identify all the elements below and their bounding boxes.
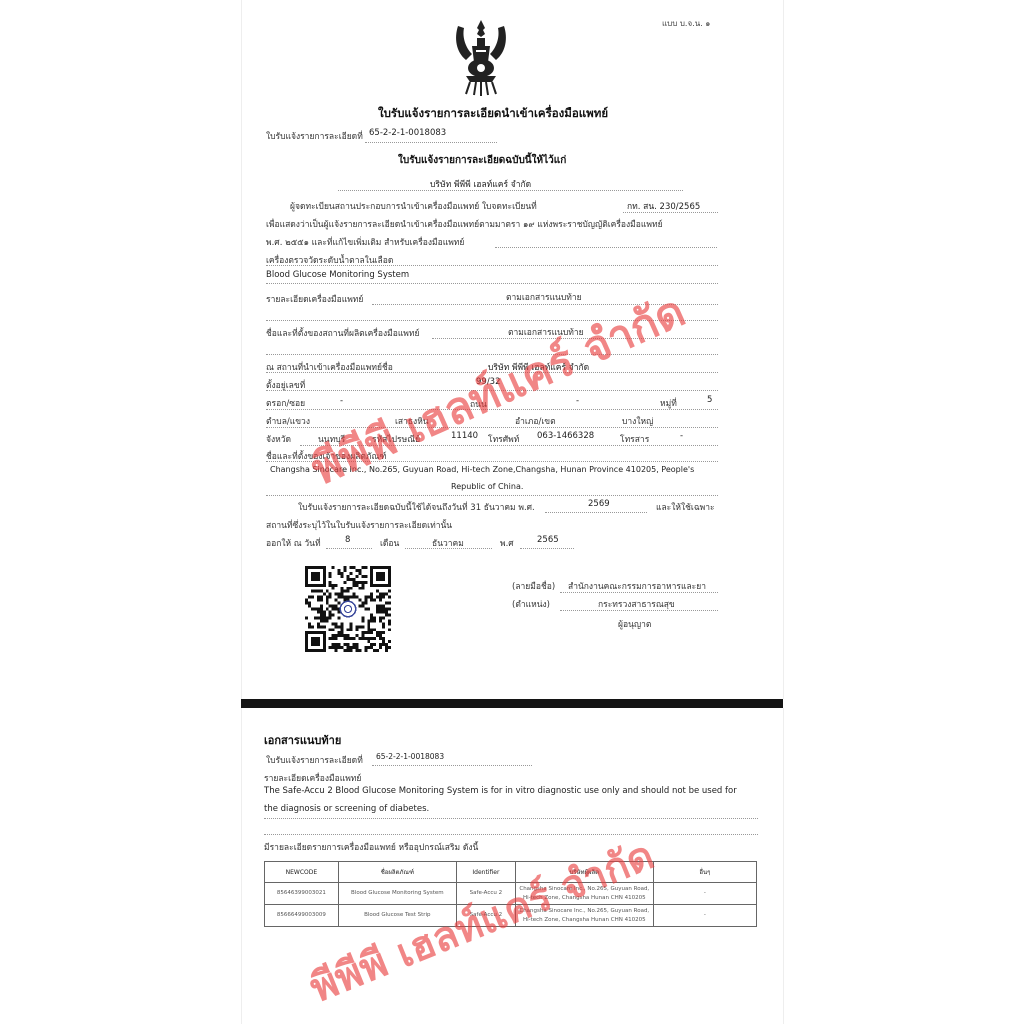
- cell-identifier: Safe-Accu 2: [456, 905, 515, 927]
- receipt-no: 65-2-2-1-0018083: [369, 128, 446, 138]
- divider: [266, 495, 718, 496]
- form-code: แบบ บ.จ.น. ๑: [662, 17, 710, 30]
- signature-label: (ลายมือชื่อ): [512, 579, 555, 593]
- cell-product-name: Blood Glucose Test Strip: [338, 905, 456, 927]
- device-detail-label: รายละเอียดเครื่องมือแพทย์: [266, 292, 363, 306]
- divider: [405, 548, 492, 549]
- divider: [266, 390, 718, 391]
- validity-tail: และให้ใช้เฉพาะ: [656, 500, 715, 514]
- cell-manufacturer: Changsha Sinocare Inc., No.265, Guyuan R…: [515, 883, 653, 905]
- district-label: อำเภอ/เขต: [515, 414, 556, 428]
- manufacturer-site-value: ตามเอกสารแนบท้าย: [508, 325, 584, 339]
- issued-to-heading: ใบรับแจ้งรายการละเอียดฉบับนี้ให้ไว้แก่: [398, 153, 566, 168]
- divider: [545, 512, 647, 513]
- company-name: บริษัท พีพีพี เฮลท์แคร์ จำกัด: [430, 177, 531, 191]
- divider: [365, 142, 497, 143]
- valid-year: 2569: [588, 499, 610, 509]
- divider: [372, 304, 718, 305]
- issued-date-label: ออกให้ ณ วันที่: [266, 536, 321, 550]
- position-label: (ตำแหน่ง): [512, 597, 550, 611]
- phone-label: โทรศัพท์: [488, 432, 519, 446]
- col-identifier: Identifier: [456, 862, 515, 883]
- attachment-heading: เอกสารแนบท้าย: [264, 731, 341, 749]
- province: นนทบุรี: [318, 432, 345, 446]
- divider: [372, 765, 532, 766]
- cell-newcode: 85666499003009: [265, 905, 339, 927]
- divider: [266, 461, 718, 462]
- col-product-name: ชื่อผลิตภัณฑ์: [338, 862, 456, 883]
- district: บางใหญ่: [622, 414, 653, 428]
- divider: [266, 283, 718, 284]
- province-label: จังหวัด: [266, 432, 291, 446]
- position-value: กระทรวงสาธารณสุข: [598, 597, 675, 611]
- cell-product-name: Blood Glucose Monitoring System: [338, 883, 456, 905]
- subdistrict-label: ตำบล/แขวง: [266, 414, 310, 428]
- signature-value: สำนักงานคณะกรรมการอาหารและยา: [568, 579, 706, 593]
- authority-title: ผู้อนุญาต: [618, 617, 651, 631]
- divider: [432, 338, 718, 339]
- manufacturer-site-label: ชื่อและที่ตั้งของสถานที่ผลิตเครื่องมือแพ…: [266, 326, 419, 340]
- license-label: ผู้จดทะเบียนสถานประกอบการนำเข้าเครื่องมื…: [290, 199, 537, 213]
- device-detail-value: ตามเอกสารแนบท้าย: [506, 290, 582, 304]
- divider: [338, 190, 683, 191]
- attachment-detail-line-1: The Safe-Accu 2 Blood Glucose Monitoring…: [264, 786, 737, 796]
- phone: 063-1466328: [537, 431, 594, 441]
- table-header-row: NEWCODE ชื่อผลิตภัณฑ์ Identifier บริษัทผ…: [265, 862, 757, 883]
- address-no: 99/32: [476, 377, 501, 387]
- table-row: 85666499003009 Blood Glucose Test Strip …: [265, 905, 757, 927]
- attachment-receipt-label: ใบรับแจ้งรายการละเอียดที่: [266, 753, 363, 767]
- device-name-en: Blood Glucose Monitoring System: [266, 270, 409, 280]
- attachment-detail-line-2: the diagnosis or screening of diabetes.: [264, 804, 429, 814]
- divider: [266, 409, 718, 410]
- divider: [264, 834, 758, 835]
- owner-address-line-2: Republic of China.: [451, 482, 523, 491]
- statement-line-1: เพื่อแสดงว่าเป็นผู้แจ้งรายการละเอียดนำเข…: [266, 217, 663, 231]
- divider: [495, 247, 717, 248]
- qr-code-icon[interactable]: [305, 566, 391, 652]
- cell-other: -: [653, 883, 756, 905]
- fax: -: [680, 431, 683, 441]
- col-other: อื่นๆ: [653, 862, 756, 883]
- postcode: 11140: [451, 431, 478, 441]
- col-newcode: NEWCODE: [265, 862, 339, 883]
- attachment-detail-label: รายละเอียดเครื่องมือแพทย์: [264, 771, 361, 785]
- soi: -: [340, 396, 343, 406]
- divider: [520, 548, 574, 549]
- postcode-label: รหัสไปรษณีย์: [372, 432, 420, 446]
- divider: [560, 592, 718, 593]
- cell-other: -: [653, 905, 756, 927]
- divider: [266, 354, 718, 355]
- divider: [326, 548, 372, 549]
- document-title: ใบรับแจ้งรายการละเอียดนำเข้าเครื่องมือแพ…: [378, 105, 608, 123]
- divider: [266, 427, 718, 428]
- issued-year: 2565: [537, 535, 559, 545]
- divider: [560, 610, 718, 611]
- divider: [300, 445, 718, 446]
- soi-label: ตรอก/ซอย: [266, 396, 305, 410]
- road: -: [576, 396, 579, 406]
- table-row: 85646399003021 Blood Glucose Monitoring …: [265, 883, 757, 905]
- owner-address-line-1: Changsha Sinocare Inc., No.265, Guyuan R…: [270, 465, 694, 474]
- year-label: พ.ศ: [500, 536, 514, 550]
- statement-line-2: พ.ศ. ๒๕๕๑ และที่แก้ไขเพิ่มเติม สำหรับเคร…: [266, 235, 464, 249]
- divider: [266, 265, 718, 266]
- cell-manufacturer: Changsha Sinocare Inc., No.265, Guyuan R…: [515, 905, 653, 927]
- validity-line-2: สถานที่ซึ่งระบุไว้ในใบรับแจ้งรายการละเอี…: [266, 518, 452, 532]
- moo-label: หมู่ที่: [660, 396, 677, 410]
- fax-label: โทรสาร: [620, 432, 649, 446]
- month-label: เดือน: [380, 536, 399, 550]
- divider: [623, 212, 718, 213]
- receipt-no-label: ใบรับแจ้งรายการละเอียดที่: [266, 129, 363, 143]
- items-list-label: มีรายละเอียดรายการเครื่องมือแพทย์ หรืออุ…: [264, 840, 478, 854]
- cell-newcode: 85646399003021: [265, 883, 339, 905]
- page-separator: [241, 699, 783, 708]
- cell-identifier: Safe-Accu 2: [456, 883, 515, 905]
- license-no: กท. สน. 230/2565: [627, 199, 700, 213]
- garuda-emblem-icon: [452, 18, 510, 96]
- subdistrict: เสาธงหิน: [395, 414, 429, 428]
- divider: [264, 818, 758, 819]
- col-manufacturer: บริษัทผู้ผลิต: [515, 862, 653, 883]
- attachment-receipt-no: 65-2-2-1-0018083: [376, 752, 444, 761]
- moo: 5: [707, 395, 712, 405]
- validity-text: ใบรับแจ้งรายการละเอียดฉบับนี้ใช้ได้จนถึง…: [298, 500, 535, 514]
- device-items-table: NEWCODE ชื่อผลิตภัณฑ์ Identifier บริษัทผ…: [264, 861, 757, 927]
- divider: [266, 372, 718, 373]
- divider: [266, 320, 718, 321]
- issued-day: 8: [345, 535, 350, 545]
